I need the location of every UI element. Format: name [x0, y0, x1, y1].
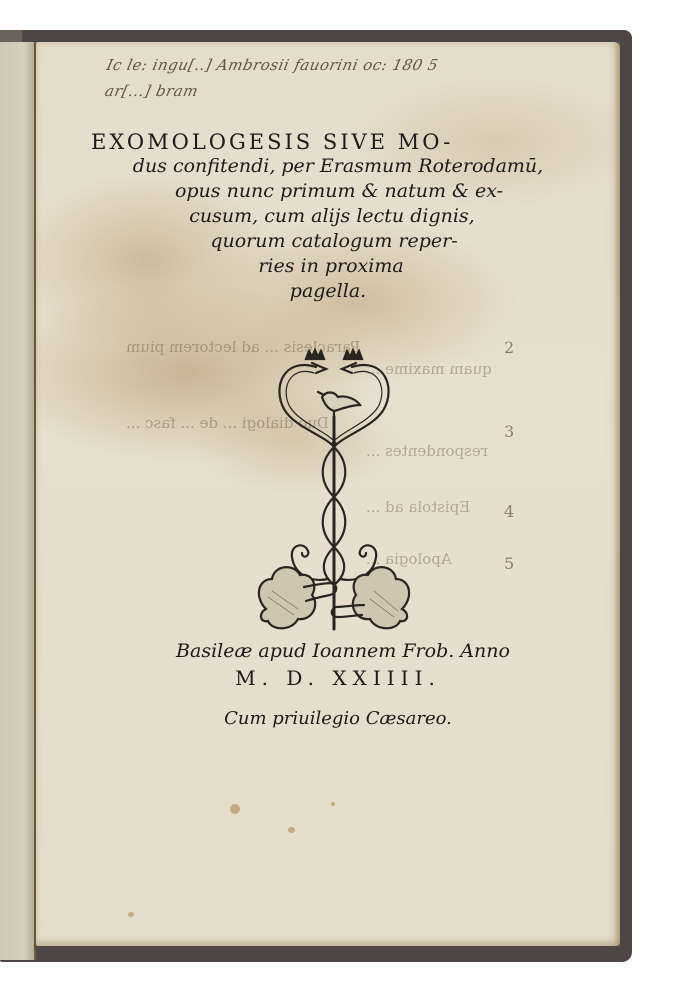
title-line: cusum, cum alijs lectu dignis,: [44, 204, 620, 229]
show-through-number: 5: [504, 554, 514, 573]
title-line: ries in proxima: [42, 254, 620, 279]
caduceus-device-icon: [254, 347, 414, 637]
foxing-spot: [331, 802, 335, 806]
foxing-spot: [128, 912, 134, 917]
title-block: EXOMOLOGESIS SIVE MO- dus confitendi, pe…: [36, 130, 620, 304]
foxing-spot: [288, 827, 295, 833]
manuscript-line-1: Ic le: ingu[..] Ambrosii fauorini oc: 18…: [104, 52, 610, 78]
imprint: Basileæ apud Ioannem Frob. Anno M. D. XX…: [36, 640, 620, 729]
title-line: opus nunc primum & natum & ex-: [58, 179, 620, 204]
title-line: quorum catalogum reper-: [48, 229, 620, 254]
imprint-date: M. D. XXIIII.: [56, 666, 620, 690]
show-through-number: 2: [504, 338, 514, 357]
facing-flyleaf: [0, 42, 36, 960]
imprint-privilege: Cum priuilegio Cæsareo.: [56, 708, 620, 729]
foxing-spot: [230, 804, 240, 814]
manuscript-line-2: ar[...] bram: [102, 78, 604, 104]
title-line: EXOMOLOGESIS SIVE MO-: [91, 130, 620, 154]
title-line: pagella.: [36, 279, 620, 304]
imprint-place-printer: Basileæ apud Ioannem Frob. Anno: [66, 640, 620, 662]
title-page: Ic le: ingu[..] Ambrosii fauorini oc: 18…: [36, 42, 620, 946]
manuscript-provenance-note: Ic le: ingu[..] Ambrosii fauorini oc: 18…: [98, 52, 609, 104]
show-through-number: 3: [504, 422, 514, 441]
title-line: dus confitendi, per Erasmum Roterodamū,: [56, 154, 620, 179]
show-through-number: 4: [504, 502, 514, 521]
